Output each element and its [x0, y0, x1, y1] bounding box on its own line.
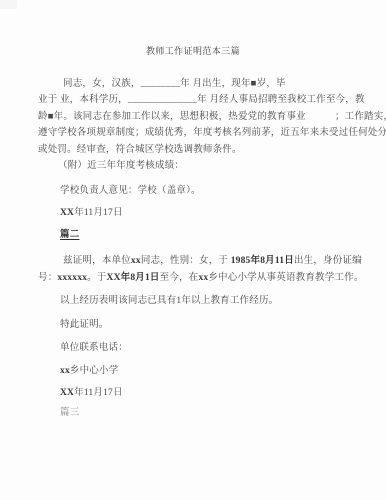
- birth-date: 1985年8月11日: [231, 256, 294, 266]
- para2-seg: 出生，身份证编: [294, 256, 362, 266]
- para2-seg: 兹证明，本单位: [63, 256, 131, 266]
- document-page: 教师工作证明范本三篇 同志，女，汉族，________年 月出生，现年■岁，毕 …: [0, 0, 386, 500]
- experience-note: 以上经历表明该同志已具有1年以上教育工作经历。: [60, 295, 278, 307]
- date-line-1: XX年11月17日: [60, 207, 123, 219]
- date2-prefix: XX: [60, 388, 74, 398]
- para2-line1: 兹证明，本单位xx同志，性别：女，于 1985年8月11日出生，身份证编: [63, 255, 362, 267]
- para2-seg: 至今，在: [160, 273, 199, 283]
- date1-prefix: XX: [60, 208, 74, 218]
- para1-line1: 同志，女，汉族，________年 月出生，现年■岁，毕: [63, 78, 286, 90]
- school-name-rest: 乡中心小学: [70, 366, 119, 376]
- para2-line2: 号：xxxxxx。于XX年8月1日至今，在xx乡中心小学从事英语教育教学工作。: [38, 272, 364, 284]
- para1-line2: 业于 业，本科学历，______________年 月经人事局招聘至我校工作至今…: [38, 94, 365, 106]
- attachment-note: （附）近三年年度考核成绩：: [58, 160, 184, 172]
- para2-seg: 。于: [87, 273, 106, 283]
- para2-placeholder: xx: [131, 256, 141, 266]
- school-placeholder: xx: [198, 273, 208, 283]
- contact-label: 单位联系电话：: [60, 342, 128, 354]
- date2-rest: 年11月17日: [74, 388, 123, 398]
- start-date: XX年8月1日: [107, 273, 160, 283]
- section2-heading: 篇二: [60, 229, 79, 241]
- para1-line5: 或处罚。经审查，符合城区学校选调教师条件。: [38, 144, 242, 156]
- date1-rest: 年11月17日: [74, 208, 123, 218]
- id-placeholder: xxxxxx: [57, 273, 87, 283]
- para1-line4: 遵守学校各项规章制度；成绩优秀，年度考核名列前茅，近五年来未受过任何处分: [38, 127, 386, 139]
- hereby-statement: 特此证明。: [60, 319, 109, 331]
- doc-title: 教师工作证明范本三篇: [0, 45, 386, 57]
- school-opinion: 学校负责人意见：学校（盖章）。: [60, 185, 201, 197]
- school-name-prefix: xx: [60, 366, 70, 376]
- date-line-2: XX年11月17日: [60, 387, 123, 399]
- scan-corner-artifact: [0, 0, 17, 9]
- para2-seg: 乡中心小学从事英语教育教学工作。: [208, 273, 363, 283]
- school-name: xx乡中心小学: [60, 365, 118, 377]
- para2-seg: 同志，性别：女，于: [141, 256, 231, 266]
- para1-line3: 龄■年。该同志在参加工作以来，思想积极，热爱党的教育事业 ；工作踏实，: [38, 111, 386, 123]
- para2-seg: 号：: [38, 273, 57, 283]
- section3-heading: 篇三: [60, 407, 79, 419]
